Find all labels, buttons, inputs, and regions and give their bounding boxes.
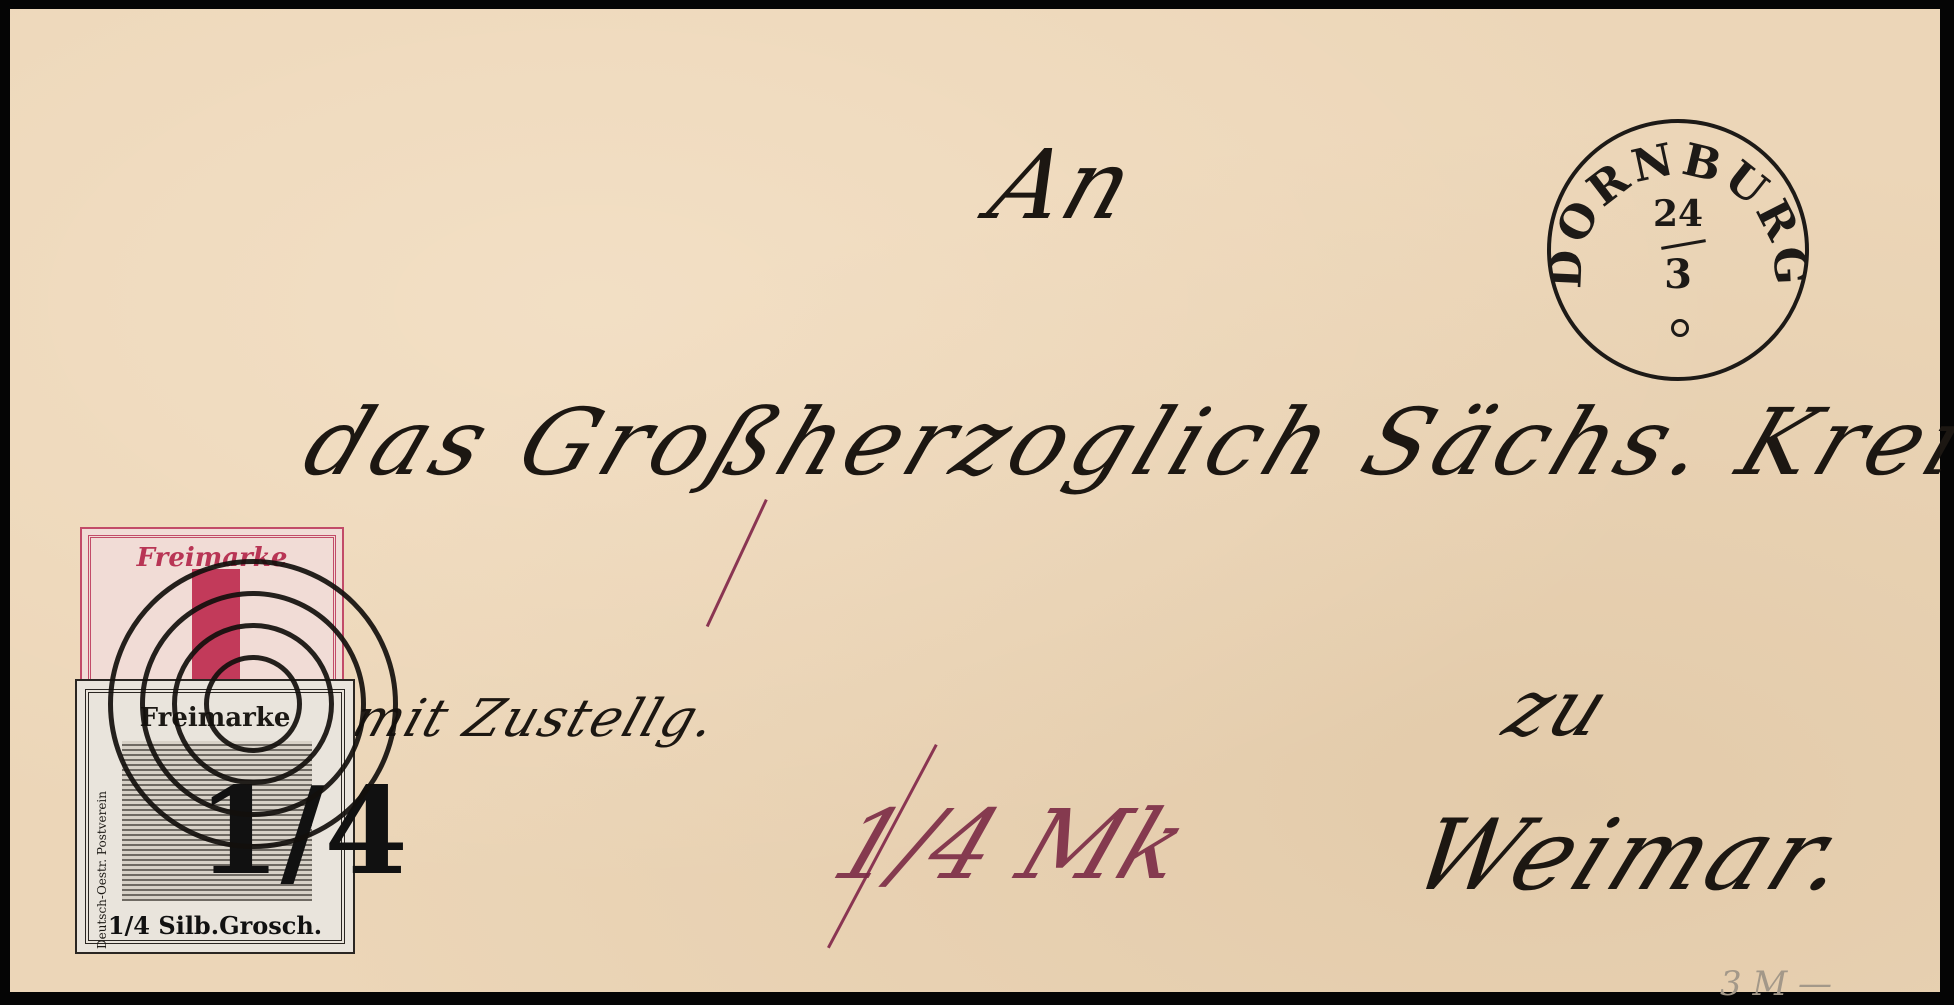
delivery-note: mit Zustellg. bbox=[345, 689, 725, 749]
postmark-day: 24 bbox=[1551, 193, 1805, 235]
preposition-text: zu bbox=[1492, 664, 1624, 754]
addressee-line: das Großherzoglich Sächs. Kreisgericht bbox=[291, 389, 1954, 496]
postmark-month: 3 bbox=[1551, 251, 1805, 298]
postmark-town-arc: DORNBURG bbox=[1551, 123, 1805, 377]
dornburg-postmark: DORNBURG 24 3 bbox=[1547, 119, 1809, 381]
red-crayon-stroke bbox=[706, 499, 768, 627]
ring-cancel-inner bbox=[204, 655, 302, 753]
postmark-ornament bbox=[1671, 319, 1689, 337]
destination-city: Weimar. bbox=[1397, 799, 1872, 913]
pencil-notation: 3 M — bbox=[1720, 964, 1832, 1004]
stamp-value: 1/4 Silb.Grosch. bbox=[77, 911, 353, 940]
salutation-text: An bbox=[977, 129, 1149, 241]
red-crayon-rate: 1/4 Mk bbox=[820, 789, 1202, 901]
postal-cover: An das Großherzoglich Sächs. Kreisgerich… bbox=[10, 9, 1940, 992]
